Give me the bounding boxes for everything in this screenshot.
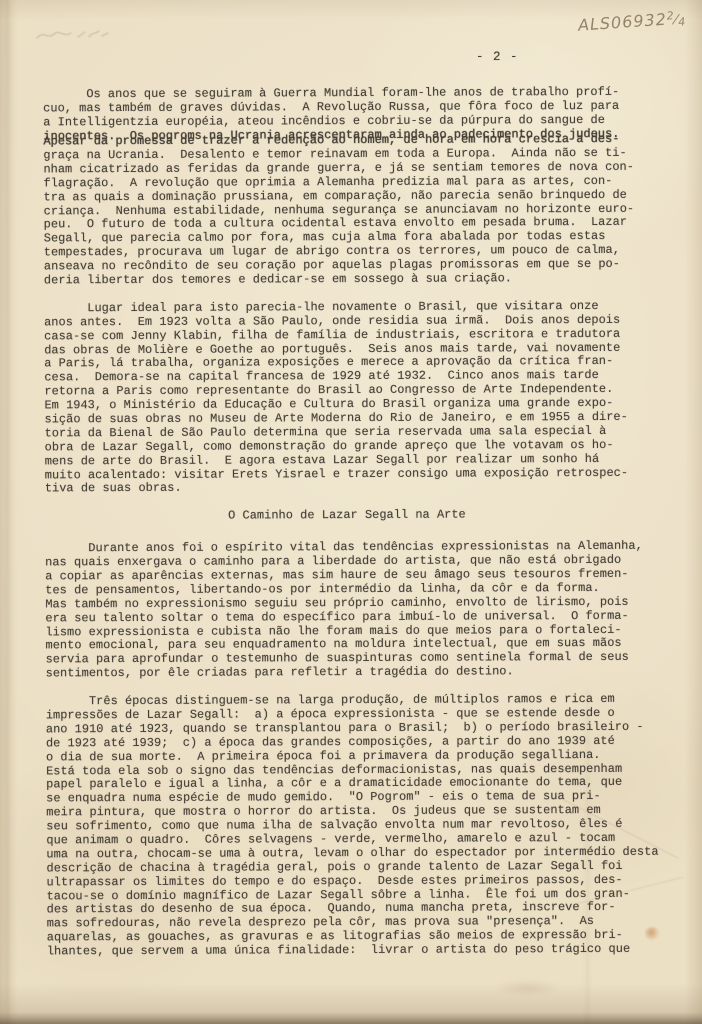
paragraph: Os anos que se seguiram à Guerra Mundial… [43,86,668,289]
paragraph: Lugar ideal para isto parecia-lhe novame… [44,300,669,497]
text-line: lhantes, que servem a uma única finalida… [47,943,671,960]
catalog-fraction-denominator: 4 [678,15,687,29]
paragraph: Três épocas distinguem-se na larga produ… [46,693,671,960]
text-line: sentimentos, por êle criadas para reflet… [46,665,670,682]
paragraph: Durante anos foi o espírito vital das te… [45,540,670,682]
catalog-code: ALS06932 [577,10,667,35]
paper-crease [6,0,9,1024]
text-line: deria libertar dos temores e dedicar-se … [44,272,668,289]
typescript-text: Os anos que se seguiram à Guerra Mundial… [43,86,671,974]
page-bottom-edge [0,1012,702,1024]
page-number: - 2 - [476,50,519,64]
section-heading: O Caminho de Lazar Segall na Arte [45,508,669,525]
rust-stain [645,927,660,940]
text-line: tiva de suas obras. [45,480,669,497]
typescript-page: ALS069322⁄4 - 2 - Os anos que se seguira… [0,0,702,1024]
catalog-annotation: ALS069322⁄4 [577,8,686,35]
paper-crease [586,690,589,1024]
paper-smudge [495,980,559,996]
faint-pencil-mark [34,24,112,46]
